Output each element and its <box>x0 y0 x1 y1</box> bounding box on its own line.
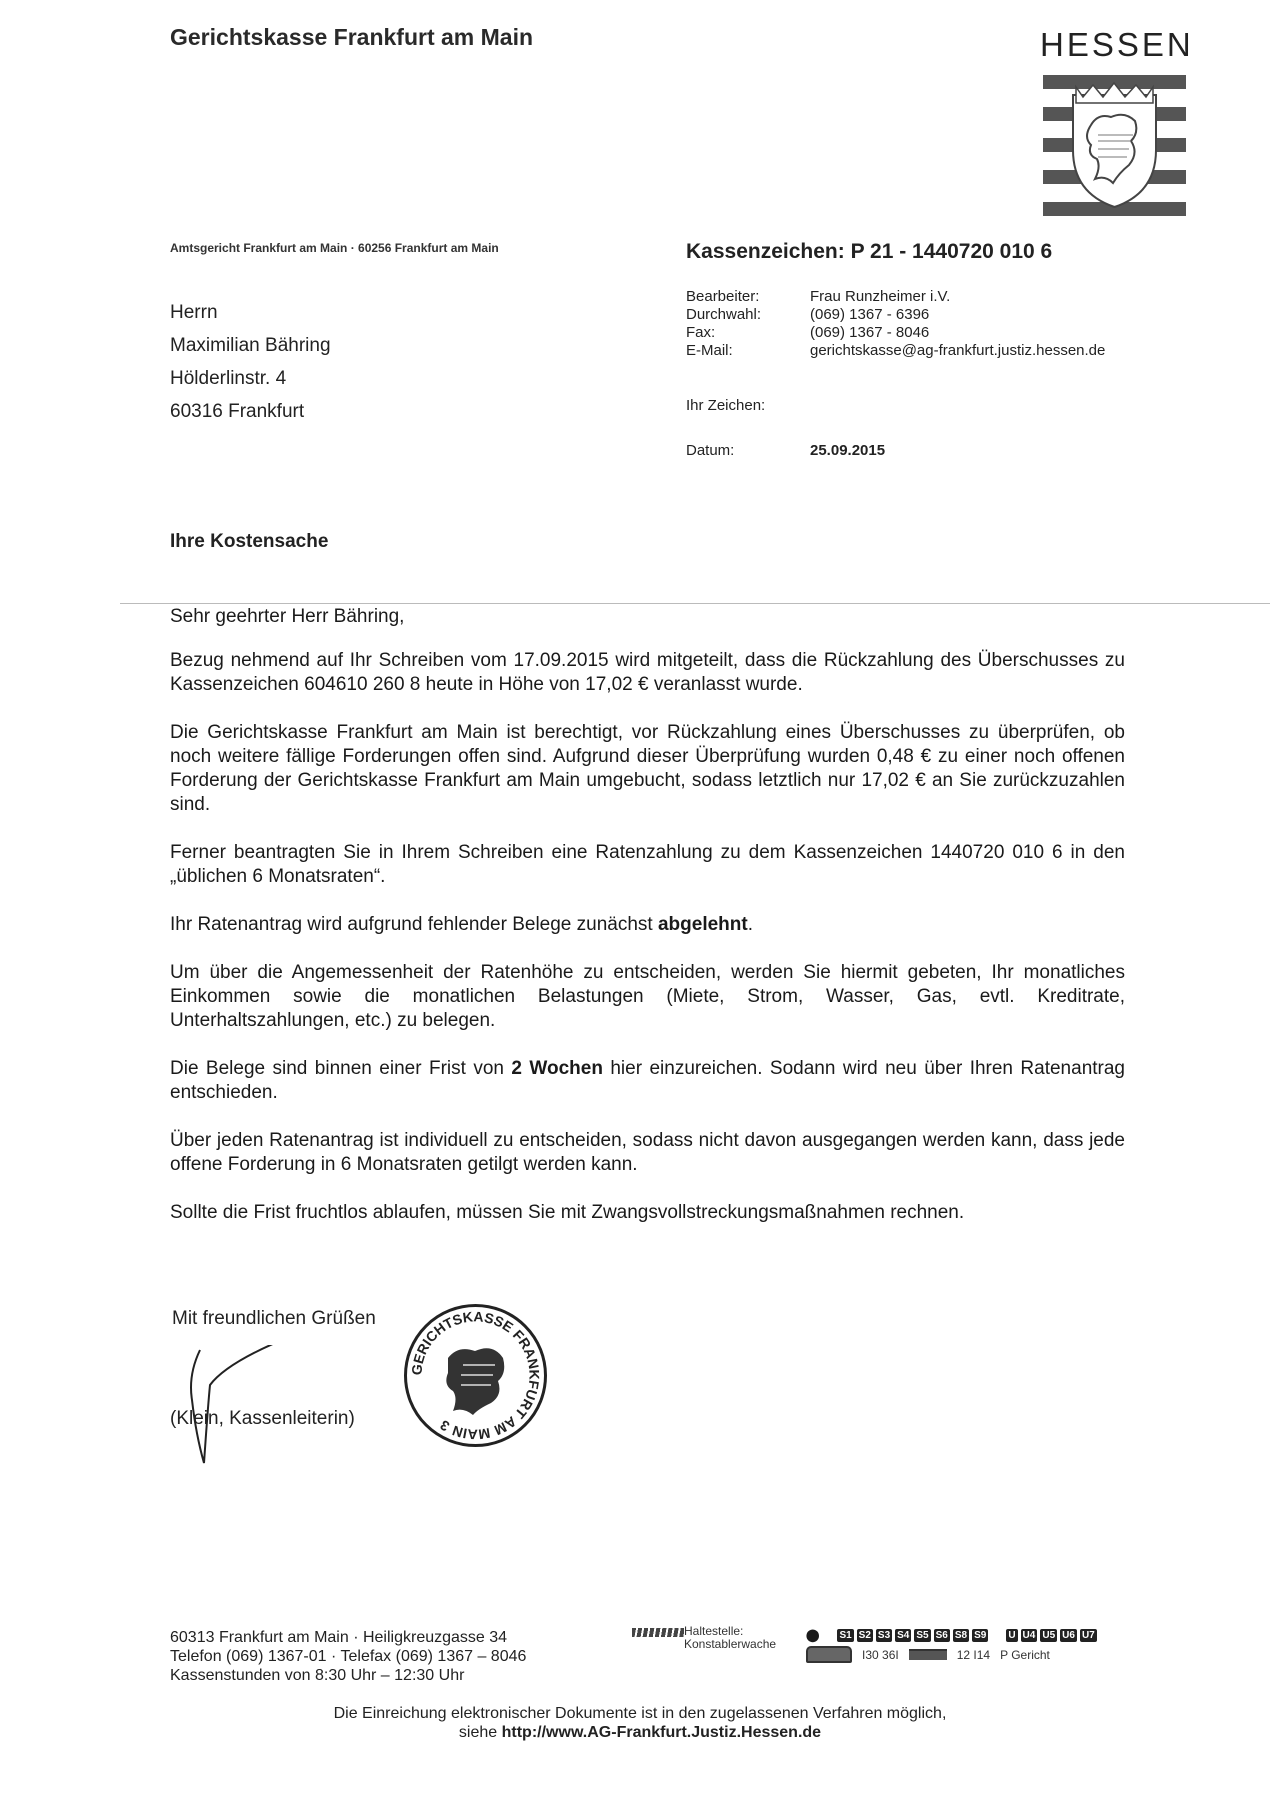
transit-lines: ⬤ S1 S2 S3 S4 S5 S6 S8 S9 U U4 U5 U6 U7 <box>806 1628 1097 1642</box>
kassenzeichen: Kassenzeichen: P 21 - 1440720 010 6 <box>686 240 1052 264</box>
efile-link-line: siehe http://www.AG-Frankfurt.Justiz.Hes… <box>0 1723 1280 1742</box>
signature-mark <box>180 1345 280 1465</box>
contact-label: Durchwahl: <box>686 306 810 324</box>
stop-name: Konstablerwache <box>684 1638 776 1651</box>
subject-line: Ihre Kostensache <box>170 531 328 553</box>
date-value: 25.09.2015 <box>810 442 885 459</box>
paragraph-offset: Die Gerichtskasse Frankfurt am Main ist … <box>170 721 1125 817</box>
closing: Mit freundlichen Grüßen <box>172 1308 376 1330</box>
footer-address: 60313 Frankfurt am Main · Heiligkreuzgas… <box>170 1628 526 1647</box>
line-badge: U7 <box>1080 1629 1097 1642</box>
bus-tram-info: I30 36I 12 I14 P Gericht <box>806 1646 1050 1663</box>
line-badge: U6 <box>1060 1629 1077 1642</box>
date-label: Datum: <box>686 442 810 459</box>
emphasis: abgelehnt <box>658 914 748 935</box>
contact-block: Bearbeiter:Frau Runzheimer i.V. Durchwah… <box>686 288 1105 360</box>
contact-row: E-Mail:gerichtskasse@ag-frankfurt.justiz… <box>686 342 1105 360</box>
text: Die Belege sind binnen einer Frist von <box>170 1058 511 1079</box>
line-badge: S9 <box>972 1629 988 1642</box>
contact-label: E-Mail: <box>686 342 810 360</box>
date-row: Datum: 25.09.2015 <box>686 442 885 459</box>
paragraph-evidence-request: Um über die Angemessenheit der Ratenhöhe… <box>170 961 1125 1033</box>
letter-body: Sehr geehrter Herr Bähring, Bezug nehmen… <box>170 605 1125 1249</box>
contact-value: (069) 1367 - 8046 <box>810 324 929 342</box>
emphasis: 2 Wochen <box>511 1058 603 1079</box>
rmv-logo-icon <box>632 1628 684 1637</box>
tram-lines: 12 I14 <box>957 1648 990 1662</box>
fold-line <box>120 603 1270 604</box>
recipient-address: Herrn Maximilian Bähring Hölderlinstr. 4… <box>170 296 331 428</box>
court-website-link[interactable]: http://www.AG-Frankfurt.Justiz.Hessen.de <box>502 1724 821 1741</box>
line-badge: S2 <box>857 1629 873 1642</box>
contact-row: Bearbeiter:Frau Runzheimer i.V. <box>686 288 1105 306</box>
ihr-zeichen-label: Ihr Zeichen: <box>686 397 765 414</box>
paragraph-installment-request: Ferner beantragten Sie in Ihrem Schreibe… <box>170 841 1125 889</box>
contact-label: Fax: <box>686 324 810 342</box>
line-badge: S8 <box>953 1629 969 1642</box>
line-badge: U <box>1006 1629 1017 1642</box>
paragraph-rejection: Ihr Ratenantrag wird aufgrund fehlender … <box>170 913 1125 937</box>
paragraph-deadline: Die Belege sind binnen einer Frist von 2… <box>170 1057 1125 1105</box>
paragraph-individual-decision: Über jeden Ratenantrag ist individuell z… <box>170 1129 1125 1177</box>
line-badge: S3 <box>876 1629 892 1642</box>
line-badge: U5 <box>1040 1629 1057 1642</box>
hessen-wordmark: HESSEN <box>1040 26 1194 64</box>
line-badge: S4 <box>895 1629 911 1642</box>
transit-stop: Haltestelle: Konstablerwache <box>632 1625 684 1639</box>
recipient-name: Maximilian Bähring <box>170 329 331 362</box>
text: siehe <box>459 1724 502 1741</box>
contact-label: Bearbeiter: <box>686 288 810 306</box>
recipient-salutation: Herrn <box>170 296 331 329</box>
return-address: Amtsgericht Frankfurt am Main · 60256 Fr… <box>170 241 499 255</box>
signer: (Klein, Kassenleiterin) <box>170 1408 355 1430</box>
text: Ihr Ratenantrag wird aufgrund fehlender … <box>170 914 658 935</box>
footer-phone: Telefon (069) 1367-01 · Telefax (069) 13… <box>170 1647 526 1666</box>
bus-icon <box>806 1646 852 1663</box>
bus-lines: I30 36I <box>862 1648 899 1662</box>
letter-salutation: Sehr geehrter Herr Bähring, <box>170 605 1125 629</box>
s-bahn-logo-icon: ⬤ <box>806 1628 819 1642</box>
line-badge: S1 <box>837 1629 853 1642</box>
recipient-city: 60316 Frankfurt <box>170 395 331 428</box>
contact-row: Durchwahl:(069) 1367 - 6396 <box>686 306 1105 324</box>
line-badge: U4 <box>1021 1629 1038 1642</box>
footer-hours: Kassenstunden von 8:30 Uhr – 12:30 Uhr <box>170 1666 526 1685</box>
efile-text: Die Einreichung elektronischer Dokumente… <box>0 1704 1280 1723</box>
contact-email[interactable]: gerichtskasse@ag-frankfurt.justiz.hessen… <box>810 342 1105 360</box>
electronic-filing-notice: Die Einreichung elektronischer Dokumente… <box>0 1704 1280 1742</box>
line-badge: S5 <box>914 1629 930 1642</box>
official-seal-icon: GERICHTSKASSE FRANKFURT AM MAIN 3 <box>403 1303 548 1448</box>
recipient-street: Hölderlinstr. 4 <box>170 362 331 395</box>
organization-title: Gerichtskasse Frankfurt am Main <box>170 24 533 51</box>
text: . <box>748 914 753 935</box>
tram-icon <box>909 1649 947 1660</box>
contact-value: Frau Runzheimer i.V. <box>810 288 950 306</box>
paragraph-enforcement-warning: Sollte die Frist fruchtlos ablaufen, müs… <box>170 1201 1125 1225</box>
line-badge: S6 <box>934 1629 950 1642</box>
contact-value: (069) 1367 - 6396 <box>810 306 929 324</box>
hessen-crest-icon <box>1043 75 1186 217</box>
parking-info: P Gericht <box>1000 1648 1050 1662</box>
contact-row: Fax:(069) 1367 - 8046 <box>686 324 1105 342</box>
footer-address-block: 60313 Frankfurt am Main · Heiligkreuzgas… <box>170 1628 526 1685</box>
paragraph-refund: Bezug nehmend auf Ihr Schreiben vom 17.0… <box>170 649 1125 697</box>
